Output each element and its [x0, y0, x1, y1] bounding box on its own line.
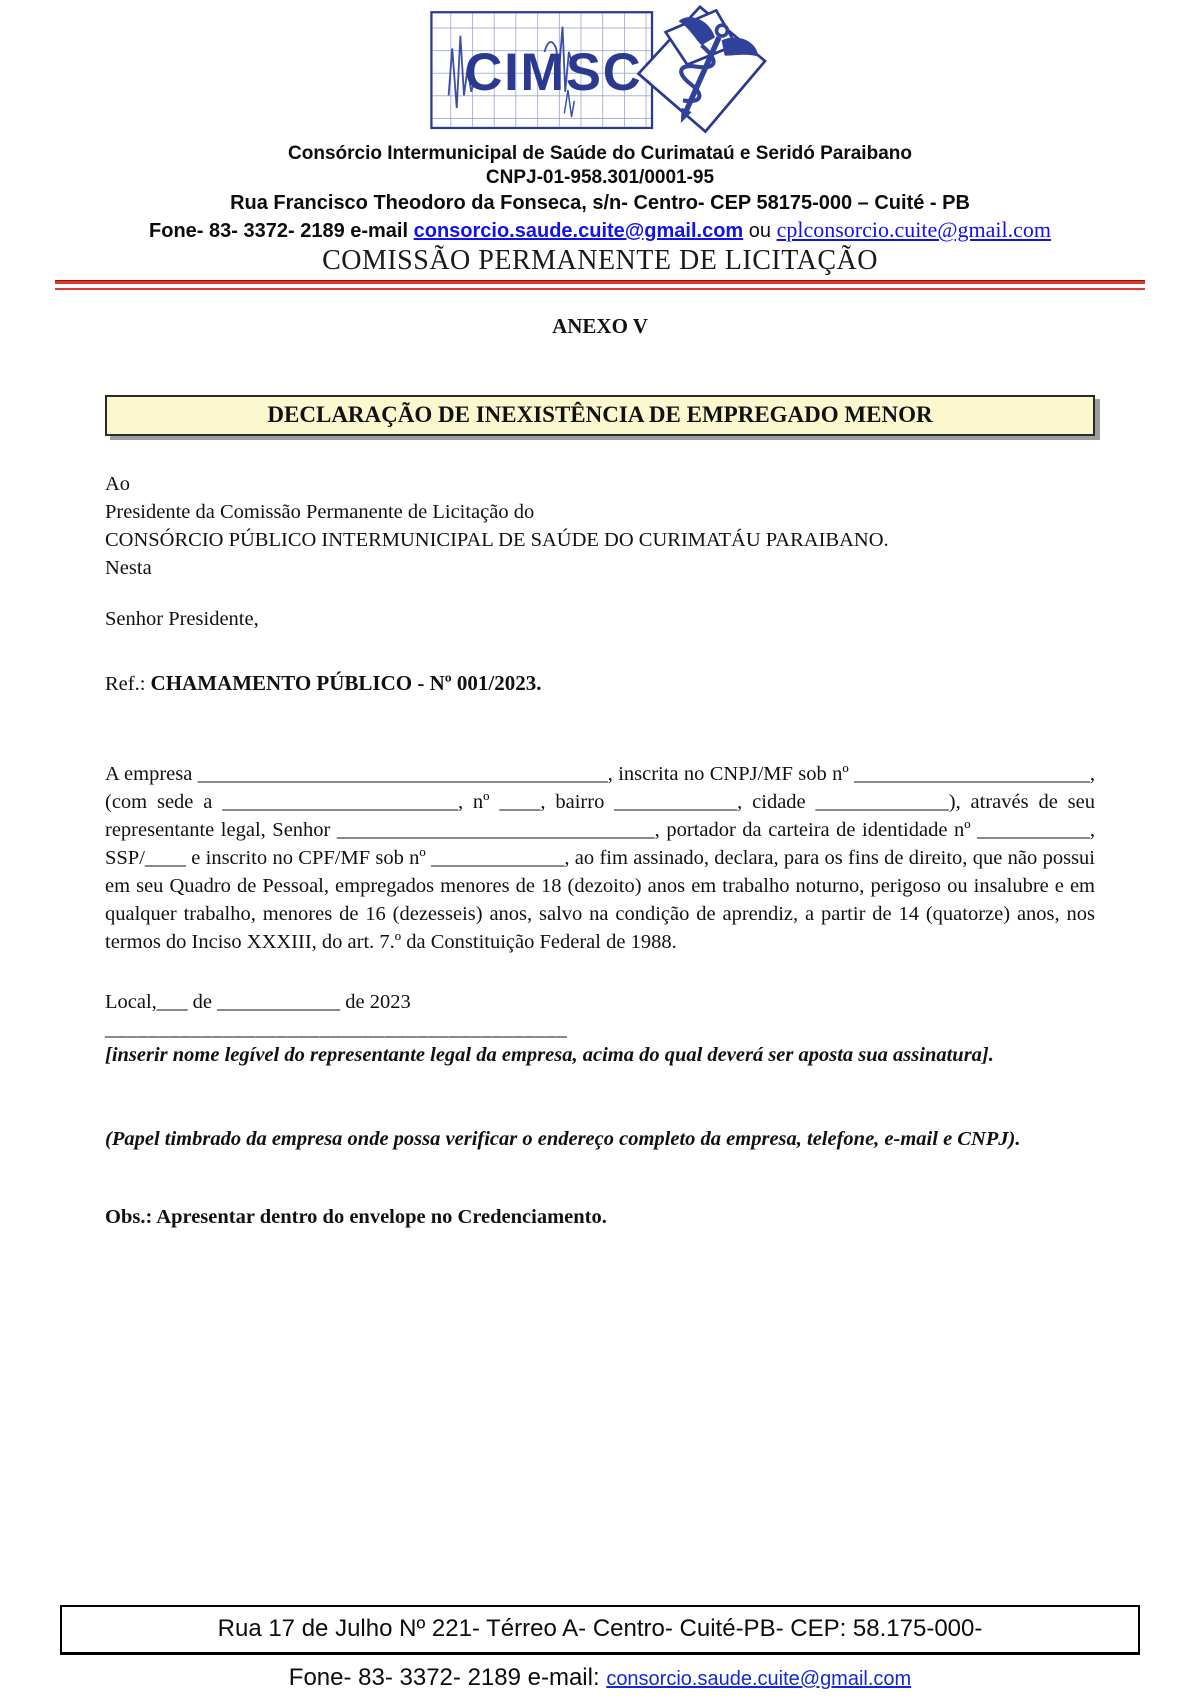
addressee-line: Ao	[105, 470, 1095, 498]
signature-line: ________________________________________…	[105, 1016, 1095, 1042]
cimsc-logo-icon: CIMSC	[428, 5, 773, 137]
footer-phone-label: Fone- 83- 3372- 2189 e-mail:	[289, 1664, 607, 1691]
footer-contact-line: Fone- 83- 3372- 2189 e-mail: consorcio.s…	[0, 1664, 1200, 1692]
logo-acronym: CIMSC	[464, 44, 642, 102]
committee-title: COMISSÃO PERMANENTE DE LICITAÇÃO	[0, 245, 1200, 277]
reference-line: Ref.: CHAMAMENTO PÚBLICO - Nº 001/2023.	[105, 671, 1095, 696]
document-page: CIMSC Consórcio Intermunicipal de Saúde …	[0, 0, 1200, 1698]
addressee-block: Ao Presidente da Comissão Permanente de …	[105, 470, 1095, 582]
org-contact-line: Fone- 83- 3372- 2189 e-mail consorcio.sa…	[0, 216, 1200, 245]
email-link-primary[interactable]: consorcio.saude.cuite@gmail.com	[414, 220, 744, 242]
ou-text: ou	[743, 220, 776, 242]
addressee-line: Nesta	[105, 554, 1095, 582]
email-link-secondary[interactable]: cplconsorcio.cuite@gmail.com	[777, 217, 1051, 242]
red-divider	[55, 281, 1145, 290]
salutation: Senhor Presidente,	[105, 608, 1095, 631]
obs-note: Obs.: Apresentar dentro do envelope no C…	[105, 1206, 1095, 1229]
addressee-line: Presidente da Comissão Permanente de Lic…	[105, 498, 1095, 526]
date-line: Local,___ de ____________ de 2023	[105, 988, 1095, 1016]
ref-label: Ref.:	[105, 673, 151, 695]
phone-label: Fone- 83- 3372- 2189 e-mail	[149, 220, 414, 242]
document-title: DECLARAÇÃO DE INEXISTÊNCIA DE EMPREGADO …	[105, 395, 1095, 436]
addressee-line: CONSÓRCIO PÚBLICO INTERMUNICIPAL DE SAÚD…	[105, 526, 1095, 554]
org-cnpj: CNPJ-01-958.301/0001-95	[0, 166, 1200, 190]
letterhead-logo: CIMSC	[0, 0, 1200, 137]
ref-value: CHAMAMENTO PÚBLICO - Nº 001/2023.	[151, 671, 542, 695]
org-name: Consórcio Intermunicipal de Saúde do Cur…	[0, 141, 1200, 166]
page-footer: Rua 17 de Julho Nº 221- Térreo A- Centro…	[0, 1605, 1200, 1692]
footer-email-link[interactable]: consorcio.saude.cuite@gmail.com	[606, 1668, 911, 1690]
declaration-paragraph: A empresa ______________________________…	[105, 760, 1095, 956]
letterhead-note: (Papel timbrado da empresa onde possa ve…	[105, 1125, 1095, 1154]
signature-note: [inserir nome legível do representante l…	[105, 1042, 1095, 1069]
annex-heading: ANEXO V	[0, 314, 1200, 339]
document-body: Ao Presidente da Comissão Permanente de …	[105, 470, 1095, 1229]
org-address: Rua Francisco Theodoro da Fonseca, s/n- …	[0, 190, 1200, 216]
footer-address-box: Rua 17 de Julho Nº 221- Térreo A- Centro…	[60, 1605, 1140, 1655]
